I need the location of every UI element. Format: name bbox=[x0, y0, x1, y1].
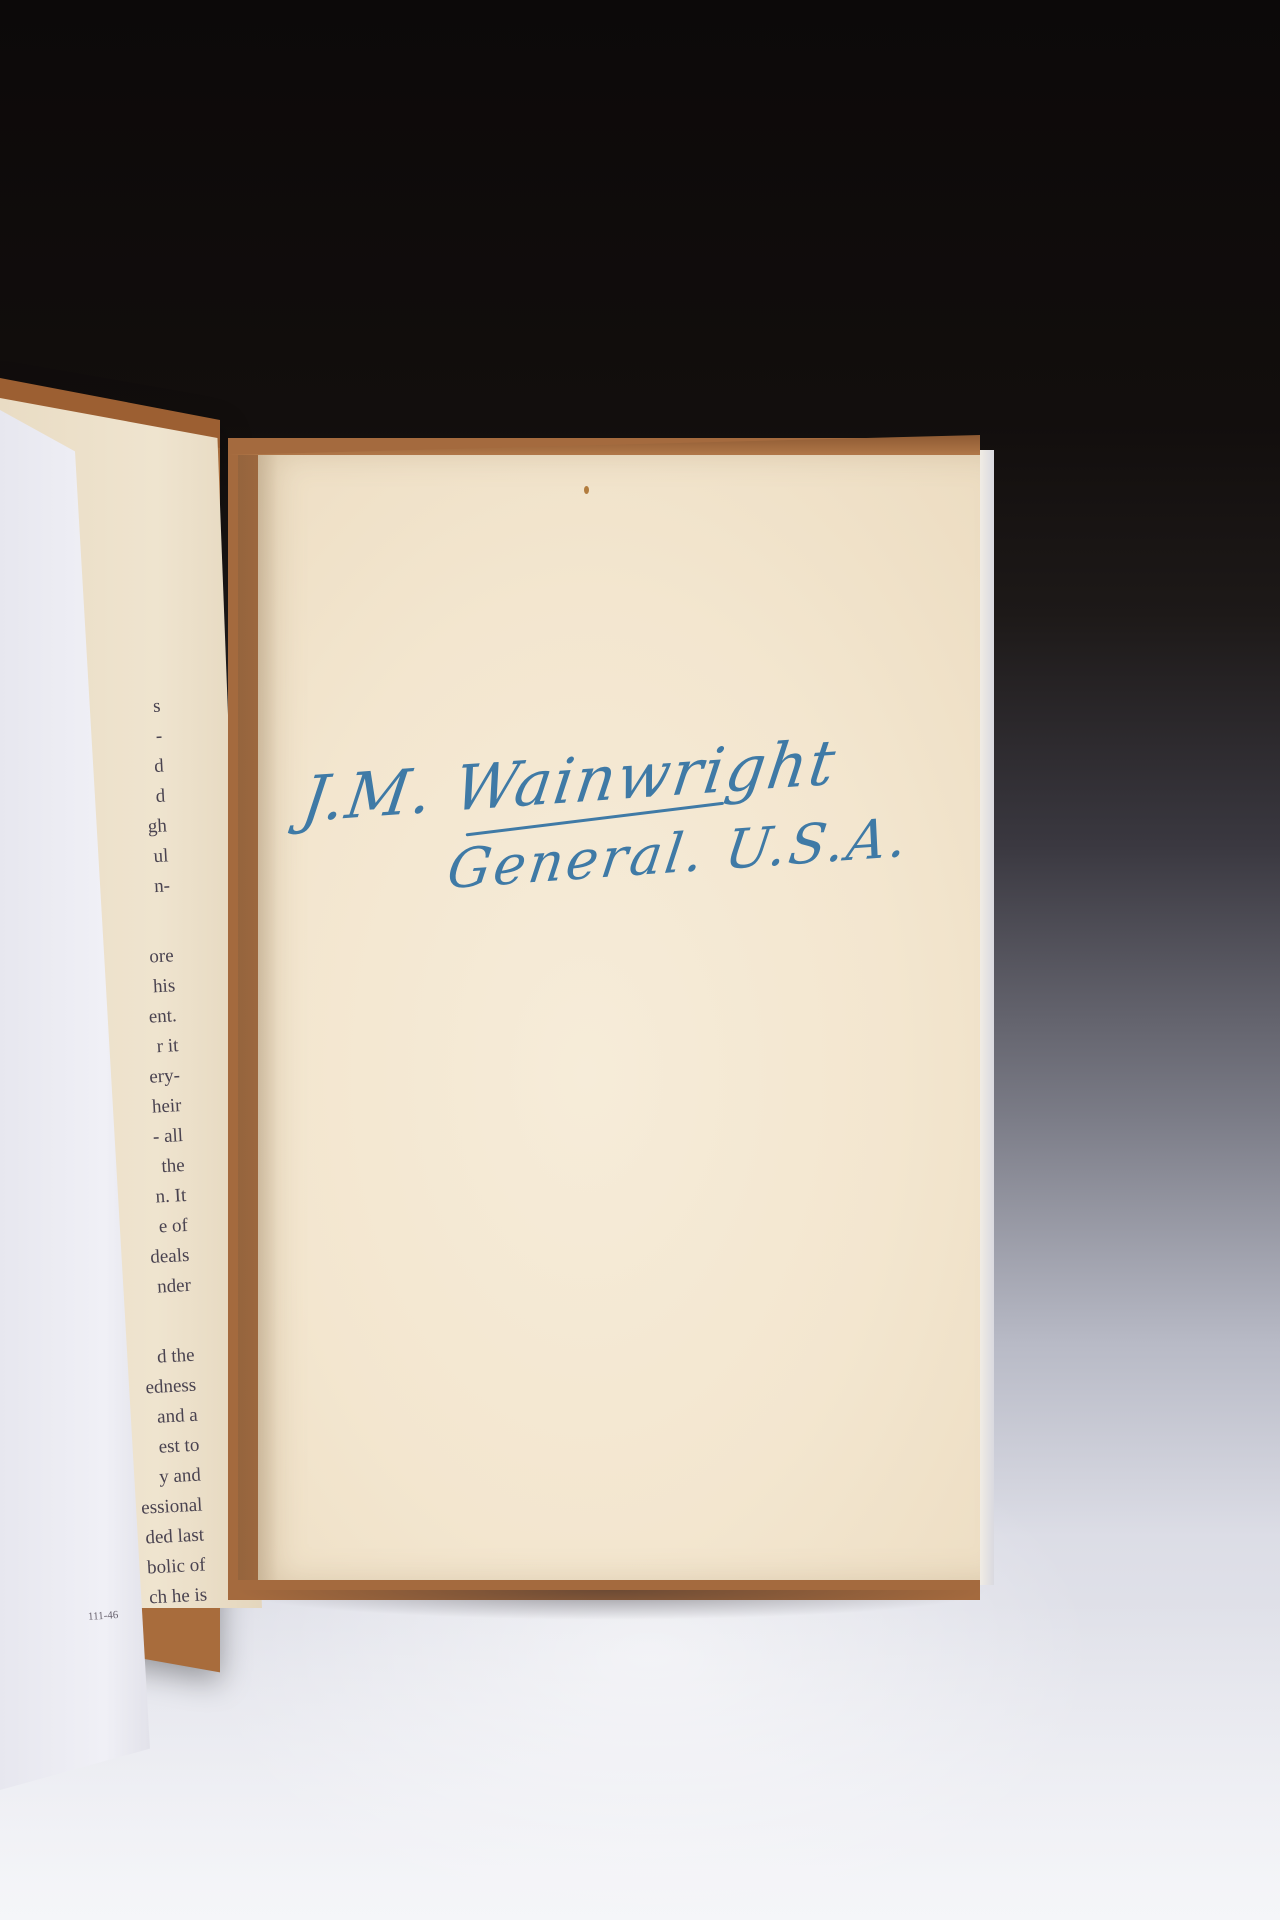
foxing-spot bbox=[584, 486, 589, 494]
jacket-price-code: 111-46 bbox=[88, 1609, 119, 1623]
gutter-shadow bbox=[238, 455, 278, 1580]
photo-scene: s - d d gh ul n- ore his ent. r it ery- … bbox=[0, 0, 1280, 1920]
free-endpaper bbox=[258, 455, 988, 1580]
page-fore-edge bbox=[980, 450, 994, 1585]
book-shadow bbox=[230, 1590, 990, 1620]
